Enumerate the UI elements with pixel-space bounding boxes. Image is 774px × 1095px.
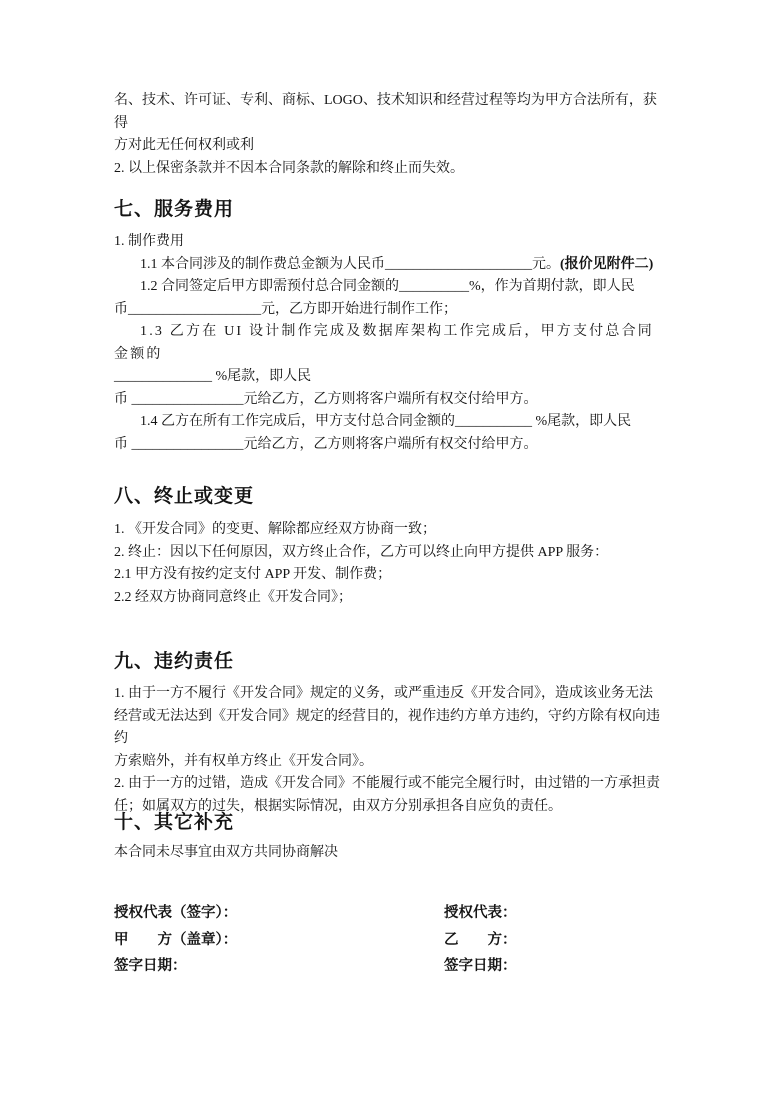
section10-line: 本合同未尽事宜由双方共同协商解决 xyxy=(114,842,666,865)
fee-line-1-2b: 币___________________元，乙方即开始进行制作工作； xyxy=(114,299,666,322)
sign-date-label: 签字日期： xyxy=(114,953,444,980)
signature-party-b: 授权代表： 乙 方： 签字日期： xyxy=(444,900,690,980)
section9-body: 1. 由于一方不履行《开发合同》规定的义务，或严重违反《开发合同》，造成该业务无… xyxy=(114,683,666,818)
section10-title: 十、其它补充 xyxy=(114,810,666,835)
fee-line-1-3a: 1.3 乙方在 UI 设计制作完成及数据库架构工作完成后，甲方支付总合同金额的 xyxy=(114,321,666,366)
section9-line: 方索赔外，并有权单方终止《开发合同》。 xyxy=(114,751,666,774)
section8-line: 1. 《开发合同》的变更、解除都应经双方协商一致； xyxy=(114,519,666,542)
fee-line-1-1-note: (报价见附件二) xyxy=(560,257,653,272)
section9-line: 1. 由于一方不履行《开发合同》规定的义务，或严重违反《开发合同》，造成该业务无… xyxy=(114,683,666,706)
section9-title: 九、违约责任 xyxy=(114,649,666,674)
fee-item-label: 1. 制作费用 xyxy=(114,231,666,254)
preamble: 名、技术、许可证、专利、商标、LOGO、技术知识和经营过程等均为甲方合法所有，获… xyxy=(114,90,666,180)
authorized-rep-label: 授权代表： xyxy=(444,900,690,927)
fee-line-1-1: 1.1 本合同涉及的制作费总金额为人民币____________________… xyxy=(114,254,666,277)
fee-line-1-3c: 币 ________________元给乙方，乙方则将客户端所有权交付给甲方。 xyxy=(114,389,666,412)
party-b-label: 乙 方： xyxy=(444,927,690,954)
preamble-line: 2. 以上保密条款并不因本合同条款的解除和终止而失效。 xyxy=(114,158,666,181)
fee-line-1-1-text: 1.1 本合同涉及的制作费总金额为人民币____________________… xyxy=(140,257,560,272)
signature-block: 授权代表（签字）： 甲 方（盖章）： 签字日期： 授权代表： 乙 方： 签字日期… xyxy=(114,900,690,980)
section7-title: 七、服务费用 xyxy=(114,197,666,222)
section8-line: 2. 终止：因以下任何原因，双方终止合作，乙方可以终止向甲方提供 APP 服务： xyxy=(114,542,666,565)
preamble-line: 方对此无任何权利或利 xyxy=(114,135,666,158)
section9-line: 经营或无法达到《开发合同》规定的经营目的，视作违约方单方违约，守约方除有权向违约 xyxy=(114,706,666,751)
section10-body: 本合同未尽事宜由双方共同协商解决 xyxy=(114,842,666,865)
sign-date-label: 签字日期： xyxy=(444,953,690,980)
section8-body: 1. 《开发合同》的变更、解除都应经双方协商一致； 2. 终止：因以下任何原因，… xyxy=(114,519,666,609)
fee-line-1-3b: ______________ %尾款，即人民 xyxy=(114,366,666,389)
fee-line-1-4a: 1.4 乙方在所有工作完成后，甲方支付总合同金额的___________ %尾款… xyxy=(114,411,666,434)
section9-line: 2. 由于一方的过错，造成《开发合同》不能履行或不能完全履行时，由过错的一方承担… xyxy=(114,773,666,796)
preamble-line: 名、技术、许可证、专利、商标、LOGO、技术知识和经营过程等均为甲方合法所有，获… xyxy=(114,90,666,135)
section7-body: 1. 制作费用 1.1 本合同涉及的制作费总金额为人民币____________… xyxy=(114,231,666,456)
fee-line-1-4b: 币 ________________元给乙方，乙方则将客户端所有权交付给甲方。 xyxy=(114,434,666,457)
section8-title: 八、终止或变更 xyxy=(114,484,666,509)
signature-party-a: 授权代表（签字）： 甲 方（盖章）： 签字日期： xyxy=(114,900,444,980)
section8-line: 2.2 经双方协商同意终止《开发合同》； xyxy=(114,587,666,610)
fee-line-1-2a: 1.2 合同签定后甲方即需预付总合同金额的__________%，作为首期付款，… xyxy=(114,276,666,299)
authorized-rep-sign-label: 授权代表（签字）： xyxy=(114,900,444,927)
party-a-seal-label: 甲 方（盖章）： xyxy=(114,927,444,954)
section8-line: 2.1 甲方没有按约定支付 APP 开发、制作费； xyxy=(114,564,666,587)
contract-page: 名、技术、许可证、专利、商标、LOGO、技术知识和经营过程等均为甲方合法所有，获… xyxy=(0,0,774,1095)
